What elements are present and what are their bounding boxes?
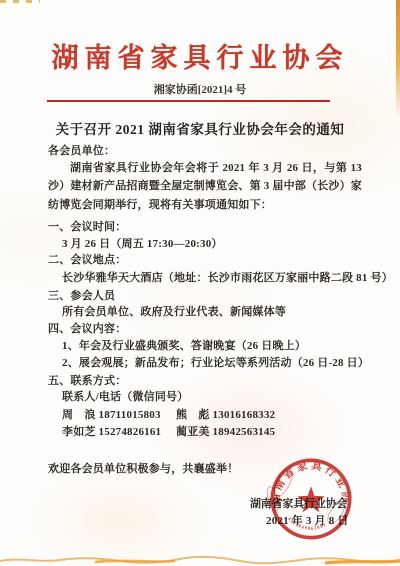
salutation: 各会员单位： xyxy=(48,142,115,158)
section-3-heading: 三、参会人员 xyxy=(48,287,115,303)
intro-line-2: 沙）建材新产品招商暨全屋定制博览会、第 3 届中部（长沙）家具·家 xyxy=(48,177,362,195)
svg-text:4301849062861: 4301849062861 xyxy=(287,516,328,531)
section-2-heading: 二、会议地点： xyxy=(48,251,126,267)
seal-serial-number: 4301849062861 xyxy=(287,516,328,531)
doc-number: 湘家协函[2021]4 号 xyxy=(0,81,400,97)
contact-row1-left: 周 浪 18711015803 xyxy=(62,406,161,422)
scan-edge-bottom xyxy=(0,554,400,566)
closing-line: 欢迎各会员单位积极参与，共襄盛举！ xyxy=(48,460,238,476)
contact-row1-right: 熊 彪 13016168332 xyxy=(176,406,275,422)
section-1-body: 3 月 26 日（周五 17:30—20:30） xyxy=(62,235,223,251)
section-2-body: 长沙华雅华天大酒店（地址：长沙市雨花区万家丽中路二段 81 号） xyxy=(62,269,393,285)
intro-line-1: 湖南省家具行业协会年会将于 2021 年 3 月 26 日，与第 13 届中部（… xyxy=(48,159,362,177)
scan-edge-right xyxy=(396,0,400,118)
official-seal: 湖南省家具行业协会 4301849062861 xyxy=(269,457,353,541)
notice-title: 关于召开 2021 湖南省家具行业协会年会的通知 xyxy=(0,118,400,138)
intro-line-3: 纺博览会同期举行，现将有关事项通知如下： xyxy=(48,196,362,214)
contact-row2-left: 李如芝 15274826161 xyxy=(62,423,161,439)
section-4-heading: 四、会议内容： xyxy=(48,320,126,336)
contact-row2-right: 蔺亚美 18942563145 xyxy=(176,423,275,439)
red-divider-rule xyxy=(47,100,330,102)
section-1-heading: 一、会议时间： xyxy=(48,218,126,234)
scanned-notice-page: 湖南省家具行业协会 湘家协函[2021]4 号 关于召开 2021 湖南省家具行… xyxy=(0,0,400,566)
section-5-heading: 五、联系方式： xyxy=(48,372,126,388)
section-4-item-2: 2、展会观展；新品发布；行业论坛等系列活动（26 日-28 日） xyxy=(62,354,369,370)
star-icon xyxy=(297,486,324,512)
section-5-subheading: 联系人/电话（微信同号） xyxy=(62,388,188,404)
section-4-item-1: 1、年会及行业盛典颁奖、答谢晚宴（26 日晚上） xyxy=(62,337,306,353)
org-title: 湖南省家具行业协会 xyxy=(0,36,400,75)
scan-edge-top xyxy=(0,0,40,3)
intro-paragraph: 湖南省家具行业协会年会将于 2021 年 3 月 26 日，与第 13 届中部（… xyxy=(48,159,362,214)
section-3-body: 所有会员单位、政府及行业代表、新闻媒体等 xyxy=(62,303,286,319)
